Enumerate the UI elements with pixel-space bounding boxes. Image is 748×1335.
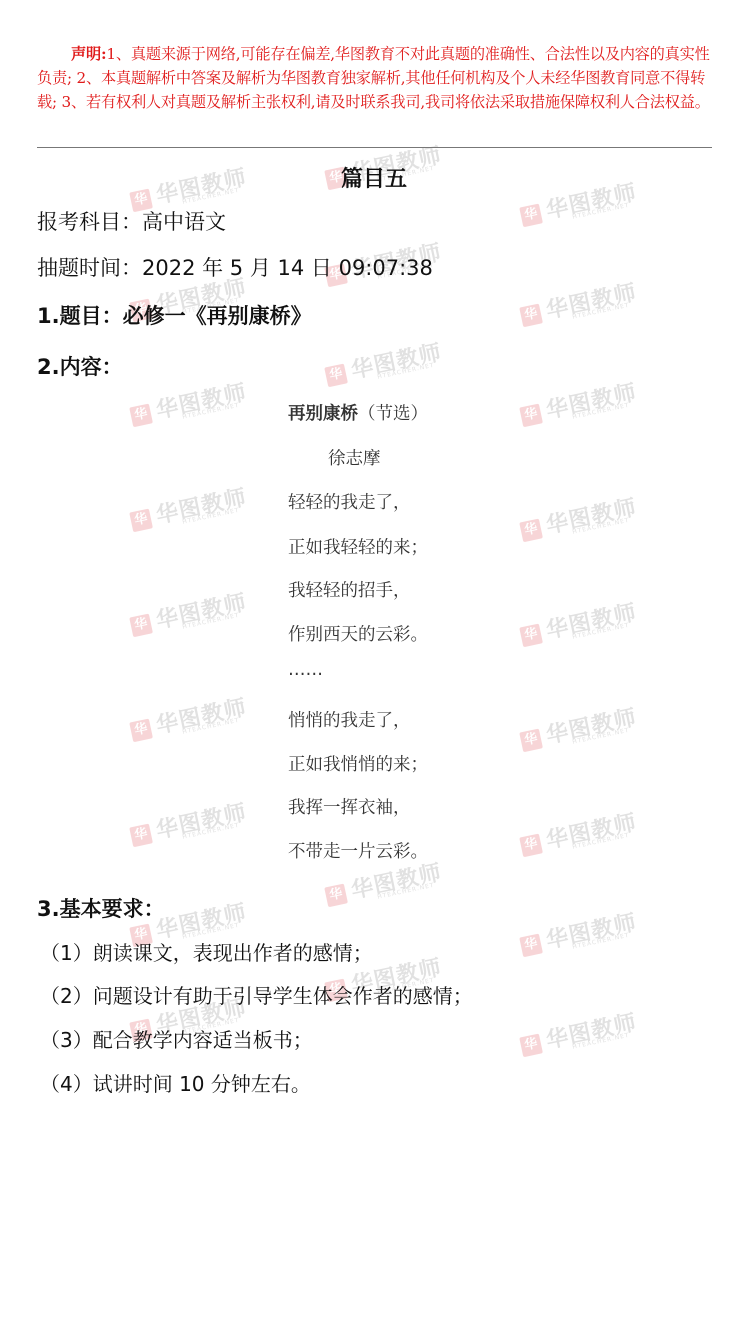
watermark-logo-icon: 华 <box>519 204 543 228</box>
poem-line: 正如我轻轻的来； <box>288 534 428 559</box>
disclaimer-label: 声明: <box>71 45 106 63</box>
poem-line: 作别西天的云彩。 <box>288 621 428 646</box>
poem-title: 再别康桥 <box>288 404 358 424</box>
poem-author: 徐志摩 <box>328 445 381 470</box>
watermark: 华华图教师HTEACHER.NET <box>322 333 448 397</box>
poem-line: 悄悄的我走了， <box>288 707 411 732</box>
draw-time-label: 抽题时间： <box>37 256 142 280</box>
subject-label: 报考科目： <box>37 210 142 234</box>
poem-line: 不带走一片云彩。 <box>288 838 428 863</box>
requirement-item: （1）朗读课文，表现出作者的感情； <box>40 937 373 966</box>
poem-title-line: 再别康桥（节选） <box>288 400 428 425</box>
poem-line: 我轻轻的招手， <box>288 577 411 602</box>
poem-line: 我挥一挥衣袖， <box>288 794 411 819</box>
watermark-logo-icon: 华 <box>324 884 348 908</box>
requirement-item: （2）问题设计有助于引导学生体会作者的感情； <box>40 980 473 1009</box>
watermark: 华华图教师HTEACHER.NET <box>127 793 253 857</box>
watermark: 华华图教师HTEACHER.NET <box>517 803 643 867</box>
watermark-logo-icon: 华 <box>129 404 153 428</box>
watermark-logo-icon: 华 <box>519 729 543 753</box>
watermark: 华华图教师HTEACHER.NET <box>517 488 643 552</box>
watermark-logo-icon: 华 <box>129 824 153 848</box>
watermark-logo-icon: 华 <box>129 719 153 743</box>
watermark-logo-icon: 华 <box>519 934 543 958</box>
watermark: 华华图教师HTEACHER.NET <box>517 373 643 437</box>
requirement-item: （3）配合教学内容适当板书； <box>40 1024 313 1053</box>
watermark: 华华图教师HTEACHER.NET <box>127 688 253 752</box>
requirement-item: （4）试讲时间 10 分钟左右。 <box>40 1068 311 1097</box>
page-title: 篇目五 <box>0 162 748 193</box>
poem-ellipsis: …… <box>288 660 323 680</box>
watermark: 华华图教师HTEACHER.NET <box>517 273 643 337</box>
separator <box>37 147 712 148</box>
watermark-logo-icon: 华 <box>324 364 348 388</box>
watermark-logo-icon: 华 <box>519 304 543 328</box>
topic-line: 1.题目：必修一《再别康桥》 <box>37 300 312 330</box>
draw-time-line: 抽题时间：2022 年 5 月 14 日 09:07:38 <box>37 252 433 282</box>
disclaimer: 声明:1、真题来源于网络,可能存在偏差,华图教育不对此真题的准确性、合法性以及内… <box>37 42 712 114</box>
watermark-logo-icon: 华 <box>519 519 543 543</box>
topic-label: 1.题目： <box>37 304 123 328</box>
watermark: 华华图教师HTEACHER.NET <box>127 478 253 542</box>
watermark-logo-icon: 华 <box>519 834 543 858</box>
watermark-logo-icon: 华 <box>519 1034 543 1058</box>
watermark: 华华图教师HTEACHER.NET <box>127 373 253 437</box>
subject-line: 报考科目：高中语文 <box>37 206 226 236</box>
watermark: 华华图教师HTEACHER.NET <box>127 583 253 647</box>
draw-time-value: 2022 年 5 月 14 日 09:07:38 <box>142 256 433 280</box>
watermark: 华华图教师HTEACHER.NET <box>517 903 643 967</box>
watermark: 华华图教师HTEACHER.NET <box>517 698 643 762</box>
disclaimer-text: 1、真题来源于网络,可能存在偏差,华图教育不对此真题的准确性、合法性以及内容的真… <box>37 45 710 111</box>
requirements-heading: 3.基本要求： <box>37 893 165 923</box>
poem-line: 轻轻的我走了， <box>288 489 411 514</box>
watermark-logo-icon: 华 <box>129 509 153 533</box>
topic-value: 必修一《再别康桥》 <box>123 304 312 328</box>
watermark-logo-icon: 华 <box>519 404 543 428</box>
content-heading: 2.内容： <box>37 351 123 381</box>
watermark-logo-icon: 华 <box>129 614 153 638</box>
poem-note: （节选） <box>358 404 428 424</box>
watermark-logo-icon: 华 <box>519 624 543 648</box>
watermark: 华华图教师HTEACHER.NET <box>517 1003 643 1067</box>
subject-value: 高中语文 <box>142 210 226 234</box>
watermark: 华华图教师HTEACHER.NET <box>517 593 643 657</box>
poem-line: 正如我悄悄的来； <box>288 751 428 776</box>
